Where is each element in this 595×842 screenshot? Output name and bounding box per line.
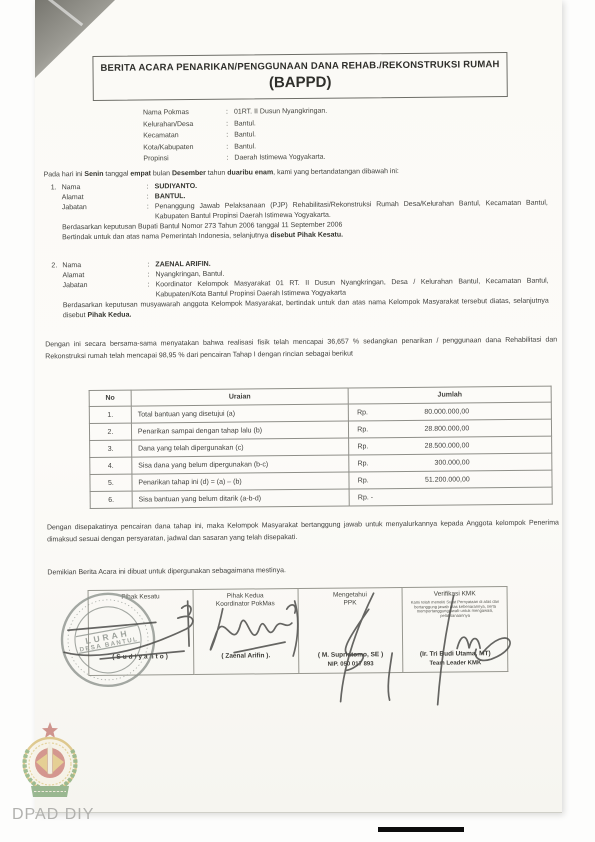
amount-value: 28.800.000,00: [387, 425, 469, 433]
cell-uraian: Dana yang telah dipergunakan (c): [131, 438, 349, 457]
colon: :: [226, 118, 234, 130]
signature-subtitle: PPK: [298, 599, 402, 608]
signature-col-ppk: Mengetahui PPK ( M. Supriatomo, SE ) NIP…: [298, 587, 404, 674]
amount-table: No Uraian Jumlah 1. Total bantuan yang d…: [89, 386, 553, 509]
cell-uraian: Total bantuan yang disetujui (a): [131, 404, 349, 423]
table-row: 6. Sisa bantuan yang belum ditarik (a-b-…: [90, 487, 552, 508]
currency-label: Rp.: [357, 409, 387, 416]
lurah-desa-bantul-stamp: LURAH DESA BANTUL: [50, 582, 167, 699]
info-row-propinsi: Propinsi : Daerah Istimewa Yogyakarta.: [143, 150, 543, 165]
party1-acting-text: Bertindak untuk dan atas nama Pemerintah…: [62, 232, 270, 241]
header-jumlah: Jumlah: [348, 386, 551, 404]
info-value: Daerah Istimewa Yogyakarta.: [234, 150, 543, 164]
signatory-name: (Ir. Tri Budi Utama, MT): [403, 650, 507, 658]
field-label: Jabatan: [63, 280, 148, 301]
list-number: [51, 193, 62, 203]
signatory-name: ( Zaenal Arifin ).: [194, 652, 298, 660]
amount-value: 80.000.000,00: [387, 408, 469, 416]
verification-note-wrap: Kami telah meneliti Surat Pernyataan di …: [405, 600, 505, 631]
amount-value: 51.200.000,00: [388, 476, 470, 484]
redaction-bar: [378, 827, 464, 832]
info-label: Kota/Kabupaten: [143, 141, 226, 153]
signature-col-kmk: Verifikasi KMK Kami telah meneliti Surat…: [403, 586, 509, 673]
cell-no: 1.: [89, 406, 131, 423]
list-number: 2.: [51, 261, 62, 271]
party1-designation: disebut Pihak Kesatu.: [270, 232, 343, 240]
colon: :: [226, 141, 234, 153]
list-number: 1.: [51, 183, 62, 193]
opening-date: empat: [130, 170, 151, 177]
signature-title: Verifikasi KMK: [403, 590, 507, 599]
opening-text: bulan: [151, 170, 172, 177]
document-title-box: BERITA ACARA PENARIKAN/PENGGUNAAN DANA R…: [92, 52, 507, 101]
signature-subtitle: Koordinator PokMas: [193, 600, 297, 609]
party2-section: 2. Nama : ZAENAL ARIFIN. Alamat : Nyangk…: [51, 257, 549, 322]
amount-value: 28.500.000,00: [387, 442, 469, 450]
amount-value: [373, 497, 455, 498]
party2-basis-line: Berdasarkan keputusan musyawarah anggota…: [63, 297, 549, 322]
info-label: Nama Pokmas: [143, 107, 226, 119]
currency-label: Rp.: [357, 426, 387, 433]
list-number: [52, 281, 63, 301]
signatory-role: Team Leader KMK: [403, 660, 507, 667]
currency-label: Rp. -: [358, 494, 373, 501]
cell-no: 3.: [90, 440, 132, 457]
document-page: BERITA ACARA PENARIKAN/PENGGUNAAN DANA R…: [35, 0, 562, 813]
cell-uraian: Sisa dana yang belum dipergunakan (b-c): [132, 455, 350, 474]
currency-label: Rp.: [357, 443, 387, 450]
cell-jumlah: Rp.28.500.000,00: [349, 436, 552, 455]
cell-jumlah: Rp.51.200.000,00: [349, 470, 552, 489]
info-label: Kecamatan: [143, 130, 226, 142]
opening-year: duaribu enam: [227, 169, 273, 176]
colon: :: [148, 280, 156, 300]
cell-no: 5.: [90, 474, 132, 491]
cell-jumlah: Rp.28.800.000,00: [349, 419, 552, 438]
colon: :: [147, 192, 155, 202]
colon: :: [147, 260, 155, 270]
info-label: Kelurahan/Desa: [143, 118, 226, 130]
colon: :: [226, 107, 234, 119]
signatory-name: ( M. Supriatomo, SE ): [299, 651, 403, 659]
scan-background: BERITA ACARA PENARIKAN/PENGGUNAAN DANA R…: [0, 0, 595, 842]
colon: :: [226, 153, 234, 165]
opening-text: tahun: [206, 170, 227, 177]
party1-section: 1. Nama : SUDIYANTO. Alamat : BANTUL. Ja…: [51, 179, 549, 244]
info-label: Propinsi: [143, 153, 226, 165]
party2-designation: Pihak Kedua.: [87, 312, 131, 319]
signatory-nip: NIP. 050 017 893: [299, 661, 403, 668]
cell-uraian: Sisa bantuan yang belum ditarik (a-b-d): [132, 489, 350, 508]
party2-basis-text: Berdasarkan keputusan musyawarah anggota…: [63, 298, 549, 320]
amount-value: 300.000,00: [388, 459, 470, 467]
cell-uraian: Penarikan tahap ini (d) = (a) – (b): [132, 472, 350, 491]
pokmas-info-block: Nama Pokmas : 01RT. II Dusun Nyangkringa…: [143, 104, 544, 165]
colon: :: [147, 182, 155, 192]
field-label: Jabatan: [62, 202, 147, 223]
cell-no: 2.: [89, 423, 131, 440]
cell-no: 6.: [90, 491, 132, 508]
verification-note: Kami telah meneliti Surat Pernyataan di …: [405, 600, 505, 619]
opening-text: tanggal: [103, 171, 130, 178]
currency-label: Rp.: [358, 477, 388, 484]
opening-month: Desember: [172, 170, 206, 177]
opening-paragraph: Pada hari ini Senin tanggal empat bulan …: [44, 166, 556, 181]
agreement-paragraph: Dengan disepakatinya pencairan dana taha…: [47, 518, 559, 547]
realization-paragraph: Dengan ini secara bersama-sama menyataka…: [45, 335, 557, 364]
list-number: [51, 203, 62, 223]
signature-col-pihak-kedua: Pihak Kedua Koordinator PokMas ( Zaenal …: [193, 588, 299, 675]
opening-text: , kami yang bertandatangan dibawah ini:: [273, 168, 399, 176]
opening-text: Pada hari ini: [44, 171, 85, 178]
yogyakarta-emblem: [20, 720, 80, 804]
colon: :: [226, 130, 234, 142]
closing-statement: Demikian Berita Acara ini dibuat untuk d…: [47, 564, 559, 579]
opening-day: Senin: [84, 171, 103, 178]
cell-jumlah: Rp.300.000,00: [349, 453, 552, 472]
cell-uraian: Penarikan sampai dengan tahap lalu (b): [131, 421, 349, 440]
party1-position: Penanggung Jawab Pelaksanaan (PJP) Rehab…: [155, 199, 548, 223]
header-no: No: [89, 390, 131, 406]
colon: :: [147, 202, 155, 222]
cell-jumlah: Rp.80.000.000,00: [349, 402, 552, 421]
dpad-diy-watermark: DPAD DIY: [12, 806, 94, 824]
list-number: [51, 271, 62, 281]
colon: :: [147, 270, 155, 280]
page-content: BERITA ACARA PENARIKAN/PENGGUNAAN DANA R…: [32, 0, 567, 815]
cell-jumlah: Rp. -: [349, 487, 552, 506]
currency-label: Rp.: [358, 460, 388, 467]
document-subtitle: (BAPPD): [94, 72, 507, 93]
cell-no: 4.: [90, 457, 132, 474]
